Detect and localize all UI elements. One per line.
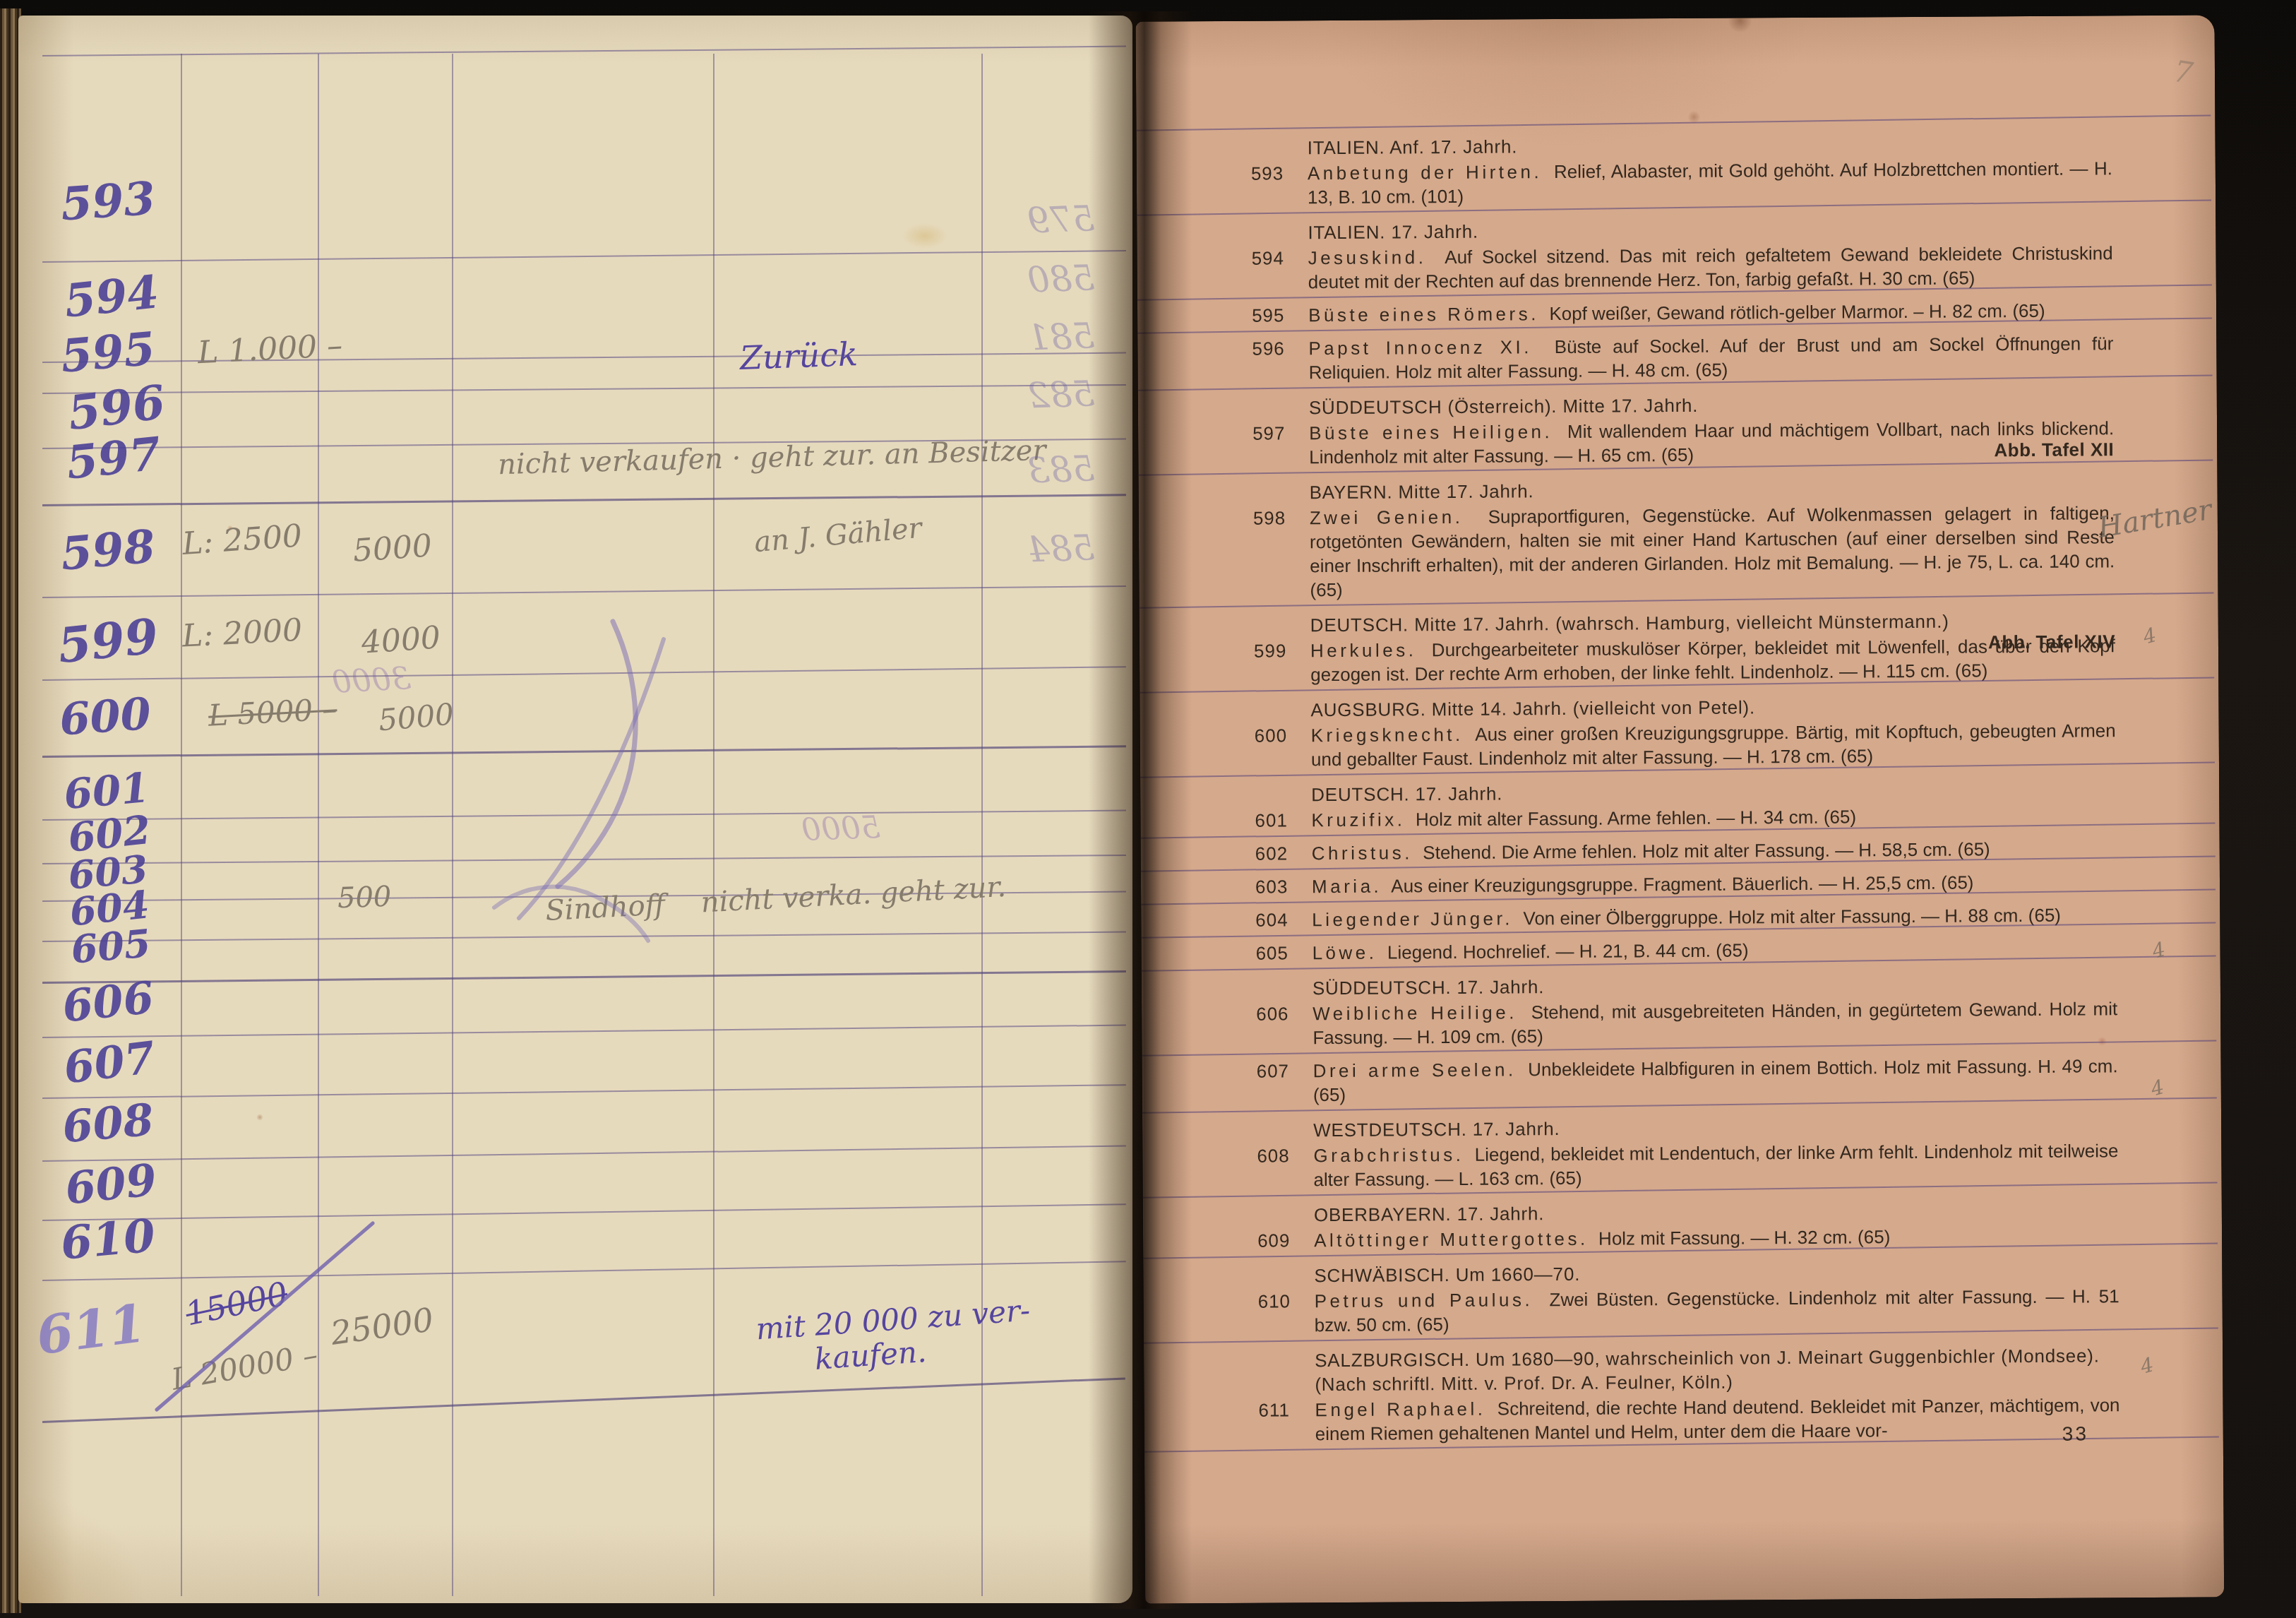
- catalog-page: ITALIEN. Anf. 17. Jahrh.593Anbetung der …: [1136, 15, 2225, 1603]
- entry-title: Anbetung der Hirten.: [1308, 161, 1542, 184]
- entry-title: Engel Raphael.: [1315, 1398, 1485, 1420]
- plate-reference: Abb. Tafel XII: [1994, 437, 2114, 462]
- entry-title: Maria.: [1312, 876, 1382, 898]
- entry-number: 593: [1251, 161, 1308, 185]
- book-scan: 593594595L 1.000 –Zurück596nicht verkauf…: [0, 0, 2296, 1618]
- entry-title: Zwei Genien.: [1310, 506, 1464, 528]
- separator-line: [1136, 114, 2211, 131]
- plate-reference: Abb. Tafel XIV: [1988, 629, 2115, 654]
- entry-title: Jesuskind.: [1308, 246, 1426, 268]
- entry-number: 609: [1257, 1228, 1314, 1252]
- catalog-entry: 603Maria. Aus einer Kreuzigungsgruppe. F…: [1141, 869, 2208, 899]
- catalog-entry: 601Kruzifix. Holz mit alter Fassung. Arm…: [1140, 802, 2208, 833]
- catalog-section-heading: SALZBURGISCH. Um 1680—90, wahrscheinlich…: [1144, 1343, 2211, 1397]
- catalog-entry: 609Altöttinger Muttergottes. Holz mit Fa…: [1143, 1223, 2211, 1253]
- entry-title: Büste eines Heiligen.: [1309, 421, 1553, 444]
- entry-number: 601: [1255, 808, 1311, 832]
- entry-number: 604: [1255, 908, 1312, 932]
- entry-number: 596: [1252, 336, 1308, 360]
- catalog-entry: 598Zwei Genien. Supraportfiguren, Gegens…: [1139, 500, 2207, 602]
- entry-number: 611: [1258, 1398, 1315, 1422]
- entry-title: Papst Innocenz XI.: [1308, 336, 1532, 359]
- entry-number: 597: [1252, 421, 1309, 445]
- catalog-entry: 605Löwe. Liegend. Hochrelief. — H. 21, B…: [1142, 935, 2209, 965]
- entry-number: 603: [1255, 874, 1312, 898]
- entry-number: 607: [1257, 1059, 1313, 1083]
- entry-title: Grabchristus.: [1313, 1144, 1464, 1166]
- catalog-entry: 602Christus. Stehend. Die Arme fehlen. H…: [1141, 835, 2208, 866]
- entry-number: 594: [1251, 246, 1308, 270]
- catalog-entry: 604Liegender Jünger. Von einer Ölberggru…: [1141, 902, 2208, 932]
- entry-number: 595: [1252, 303, 1308, 327]
- entry-number: 600: [1255, 723, 1311, 747]
- entry-number: 598: [1253, 506, 1310, 530]
- page-number: 33: [2062, 1422, 2088, 1445]
- entry-number: 602: [1255, 841, 1312, 865]
- entry-title: Kriegsknecht.: [1311, 724, 1464, 746]
- entry-number: 610: [1258, 1289, 1315, 1313]
- entry-title: Petrus und Paulus.: [1315, 1289, 1533, 1311]
- entry-title: Büste eines Römers.: [1308, 303, 1539, 326]
- entry-title: Löwe.: [1313, 942, 1377, 964]
- entry-title: Drei arme Seelen.: [1313, 1059, 1517, 1081]
- ledger-page: [18, 16, 1132, 1603]
- entry-title: Herkules.: [1310, 639, 1417, 661]
- entry-number: 605: [1255, 941, 1312, 965]
- corner-mark: 7: [2171, 54, 2195, 90]
- entry-title: Christus.: [1312, 842, 1413, 864]
- catalog-body: ITALIEN. Anf. 17. Jahrh.593Anbetung der …: [1136, 119, 2211, 1456]
- entry-number: 599: [1254, 638, 1310, 662]
- entry-number: 608: [1257, 1143, 1313, 1167]
- entry-title: Kruzifix.: [1311, 809, 1405, 831]
- entry-title: Altöttinger Muttergottes.: [1314, 1228, 1589, 1251]
- entry-title: Liegender Jünger.: [1312, 908, 1513, 930]
- entry-number: 606: [1256, 1001, 1313, 1025]
- catalog-entry: 595Büste eines Römers. Kopf weißer, Gewa…: [1137, 297, 2205, 328]
- entry-title: Weibliche Heilige.: [1313, 1001, 1517, 1024]
